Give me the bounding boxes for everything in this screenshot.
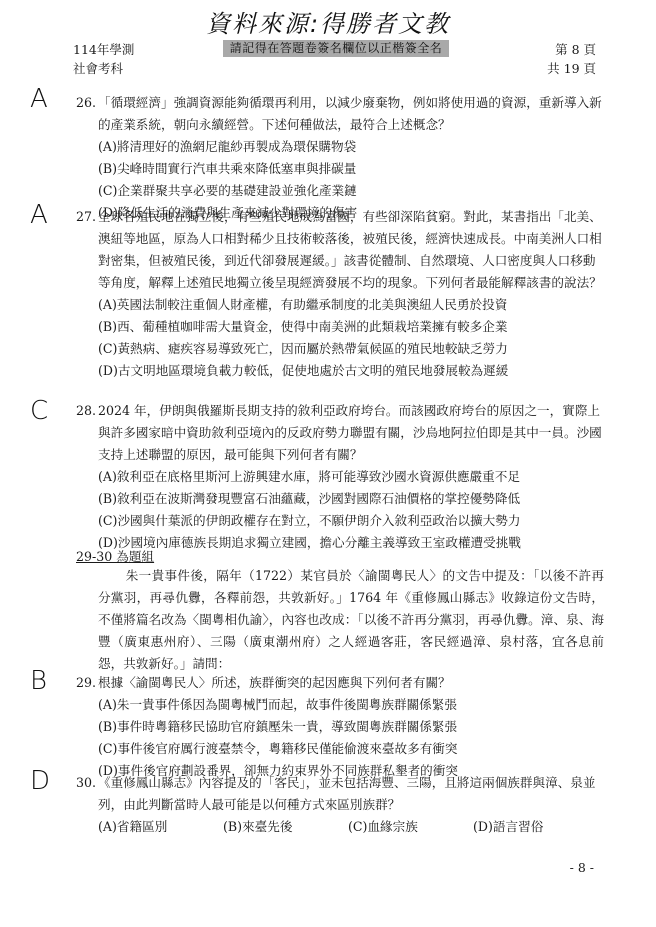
exam-name: 114年學測: [73, 40, 134, 59]
option-d: (D)古文明地區環境負載力較低，促使地處於古文明的殖民地發展較為遲緩: [76, 360, 606, 382]
option-c: (C)血緣宗族: [348, 816, 473, 838]
handwritten-answer-mark: D: [30, 766, 50, 796]
option-a: (A)將清理好的漁網尼龍紗再製成為環保購物袋: [76, 136, 606, 158]
page-footer-number: - 8 -: [570, 860, 594, 875]
option-d: (D)語言習俗: [473, 816, 598, 838]
option-c: (C)黃熱病、瘧疾容易導致死亡，因而屬於熱帶氣候區的殖民地較缺乏勞力: [76, 338, 606, 360]
question-group-title: 29-30 為題組: [76, 546, 154, 565]
question-28: 28.2024 年，伊朗與俄羅斯長期支持的敘利亞政府垮台。而該國政府垮台的原因之…: [76, 400, 606, 554]
signature-reminder-banner: 請記得在答題卷簽名欄位以正楷簽全名: [223, 40, 449, 57]
option-a: (A)朱一貴事件係因為閩粵械鬥而起，故事件後閩粵族群關係緊張: [76, 694, 606, 716]
question-stem: 根據〈諭閩粵民人〉所述，族群衝突的起因應與下列何者有關？: [96, 672, 451, 694]
total-pages: 共 19 頁: [547, 59, 596, 78]
page-indicator: 第 8 頁: [547, 40, 596, 59]
source-watermark: 資料來源:得勝者文教: [0, 4, 656, 39]
option-d: (D)沙國境內庫德族長期追求獨立建國，擔心分離主義導致王室政權遭受挑戰: [76, 532, 606, 554]
group-passage: 朱一貴事件後，隔年（1722）某官員於〈諭閩粵民人〉的文告中提及：「以後不許再分…: [98, 565, 604, 675]
option-b: (B)尖峰時間實行汽車共乘來降低塞車與排碳量: [76, 158, 606, 180]
question-29: 29.根據〈諭閩粵民人〉所述，族群衝突的起因應與下列何者有關？ (A)朱一貴事件…: [76, 672, 606, 782]
option-b: (B)事件時粵籍移民協助官府鎮壓朱一貴，導致閩粵族群關係緊張: [76, 716, 606, 738]
header-left: 114年學測 社會考科: [73, 40, 134, 78]
handwritten-answer-mark: A: [30, 84, 48, 114]
option-a: (A)英國法制較注重個人財產權，有助繼承制度的北美與澳紐人民勇於投資: [76, 294, 606, 316]
question-27: 27.全球各殖民地在獨立後，有些殖民地成為富國，有些卻深陷貧窮。對此，某書指出「…: [76, 206, 606, 382]
question-number: 29.: [76, 672, 96, 694]
question-number: 27.: [76, 206, 96, 294]
question-26: 26.「循環經濟」強調資源能夠循環再利用，以減少廢棄物，例如將使用過的資源，重新…: [76, 92, 606, 224]
option-a: (A)敘利亞在底格里斯河上游興建水庫，將可能導致沙國水資源供應嚴重不足: [76, 466, 606, 488]
question-stem: 「循環經濟」強調資源能夠循環再利用，以減少廢棄物，例如將使用過的資源，重新導入新…: [96, 92, 606, 136]
option-a: (A)省籍區別: [98, 816, 223, 838]
option-b: (B)來臺先後: [223, 816, 348, 838]
question-number: 26.: [76, 92, 96, 136]
handwritten-answer-mark: B: [30, 666, 47, 696]
option-c: (C)企業群聚共享必要的基礎建設並強化產業鏈: [76, 180, 606, 202]
handwritten-answer-mark: C: [30, 396, 48, 426]
option-c: (C)事件後官府厲行渡臺禁令，粵籍移民僅能偷渡來臺故多有衝突: [76, 738, 606, 760]
option-b: (B)西、葡種植咖啡需大量資金，使得中南美洲的此類栽培業擁有較多企業: [76, 316, 606, 338]
option-c: (C)沙國與什葉派的伊朗政權存在對立，不願伊朗介入敘利亞政治以擴大勢力: [76, 510, 606, 532]
subject-name: 社會考科: [73, 59, 134, 78]
options-row: (A)省籍區別 (B)來臺先後 (C)血緣宗族 (D)語言習俗: [76, 816, 606, 838]
handwritten-answer-mark: A: [30, 200, 48, 230]
question-stem: 《重修鳳山縣志》內容提及的「客民」，並未包括海豐、三陽，且將這兩個族群與漳、泉並…: [96, 772, 606, 816]
question-30: 30.《重修鳳山縣志》內容提及的「客民」，並未包括海豐、三陽，且將這兩個族群與漳…: [76, 772, 606, 838]
passage-text: 朱一貴事件後，隔年（1722）某官員於〈諭閩粵民人〉的文告中提及：「以後不許再分…: [98, 565, 604, 675]
option-b: (B)敘利亞在波斯灣發現豐富石油蘊藏，沙國對國際石油價格的掌控優勢降低: [76, 488, 606, 510]
question-number: 30.: [76, 772, 96, 816]
question-stem: 2024 年，伊朗與俄羅斯長期支持的敘利亞政府垮台。而該國政府垮台的原因之一，實…: [96, 400, 606, 466]
question-stem: 全球各殖民地在獨立後，有些殖民地成為富國，有些卻深陷貧窮。對此，某書指出「北美、…: [96, 206, 606, 294]
header-right: 第 8 頁 共 19 頁: [547, 40, 596, 78]
question-number: 28.: [76, 400, 96, 466]
